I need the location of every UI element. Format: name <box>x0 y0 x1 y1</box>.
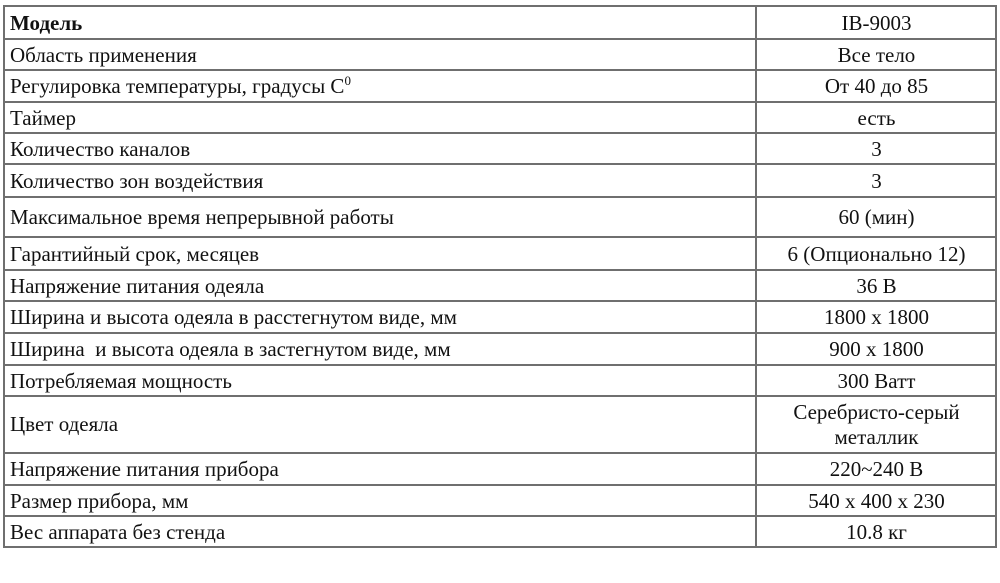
row-label-text: Регулировка температуры, градусы С <box>10 74 344 98</box>
table-row: Цвет одеяла Серебристо-серый металлик <box>4 396 996 453</box>
row-label: Гарантийный срок, месяцев <box>4 237 756 270</box>
row-value: 6 (Опционально 12) <box>756 237 996 270</box>
row-label: Цвет одеяла <box>4 396 756 453</box>
specifications-table: Модель IB-9003 Область применения Все те… <box>3 5 997 548</box>
row-label: Количество каналов <box>4 133 756 164</box>
row-value: 540 х 400 х 230 <box>756 485 996 516</box>
table-row: Ширина и высота одеяла в расстегнутом ви… <box>4 301 996 333</box>
row-value: 900 х 1800 <box>756 333 996 365</box>
degree-superscript: 0 <box>344 73 351 88</box>
row-value: От 40 до 85 <box>756 70 996 102</box>
row-label: Область применения <box>4 39 756 70</box>
table-row: Область применения Все тело <box>4 39 996 70</box>
table-row: Количество каналов 3 <box>4 133 996 164</box>
row-label: Размер прибора, мм <box>4 485 756 516</box>
row-value: 220~240 В <box>756 453 996 485</box>
row-label: Регулировка температуры, градусы С0 <box>4 70 756 102</box>
row-label: Напряжение питания одеяла <box>4 270 756 301</box>
table-row: Максимальное время непрерывной работы 60… <box>4 197 996 237</box>
row-value: 36 В <box>756 270 996 301</box>
row-label: Вес аппарата без стенда <box>4 516 756 547</box>
table-row: Вес аппарата без стенда 10.8 кг <box>4 516 996 547</box>
table-row-model: Модель IB-9003 <box>4 6 996 39</box>
table-row: Регулировка температуры, градусы С0 От 4… <box>4 70 996 102</box>
row-value: 10.8 кг <box>756 516 996 547</box>
row-value: 3 <box>756 164 996 197</box>
row-label: Ширина и высота одеяла в застегнутом вид… <box>4 333 756 365</box>
row-value: 300 Ватт <box>756 365 996 396</box>
row-label: Таймер <box>4 102 756 133</box>
table-row: Таймер есть <box>4 102 996 133</box>
table-row: Напряжение питания одеяла 36 В <box>4 270 996 301</box>
table-row: Ширина и высота одеяла в застегнутом вид… <box>4 333 996 365</box>
row-value: Все тело <box>756 39 996 70</box>
table-row: Количество зон воздействия 3 <box>4 164 996 197</box>
row-value: IB-9003 <box>756 6 996 39</box>
row-label: Модель <box>4 6 756 39</box>
row-value: Серебристо-серый металлик <box>756 396 996 453</box>
row-value: 1800 х 1800 <box>756 301 996 333</box>
row-label: Ширина и высота одеяла в расстегнутом ви… <box>4 301 756 333</box>
row-value-line: металлик <box>762 425 991 450</box>
row-value-line: Серебристо-серый <box>762 400 991 425</box>
row-value: 60 (мин) <box>756 197 996 237</box>
row-label: Потребляемая мощность <box>4 365 756 396</box>
row-label: Количество зон воздействия <box>4 164 756 197</box>
table-row: Потребляемая мощность 300 Ватт <box>4 365 996 396</box>
row-label: Напряжение питания прибора <box>4 453 756 485</box>
table-row: Напряжение питания прибора 220~240 В <box>4 453 996 485</box>
row-label: Максимальное время непрерывной работы <box>4 197 756 237</box>
table-row: Размер прибора, мм 540 х 400 х 230 <box>4 485 996 516</box>
row-value: есть <box>756 102 996 133</box>
table-row: Гарантийный срок, месяцев 6 (Опционально… <box>4 237 996 270</box>
row-value: 3 <box>756 133 996 164</box>
